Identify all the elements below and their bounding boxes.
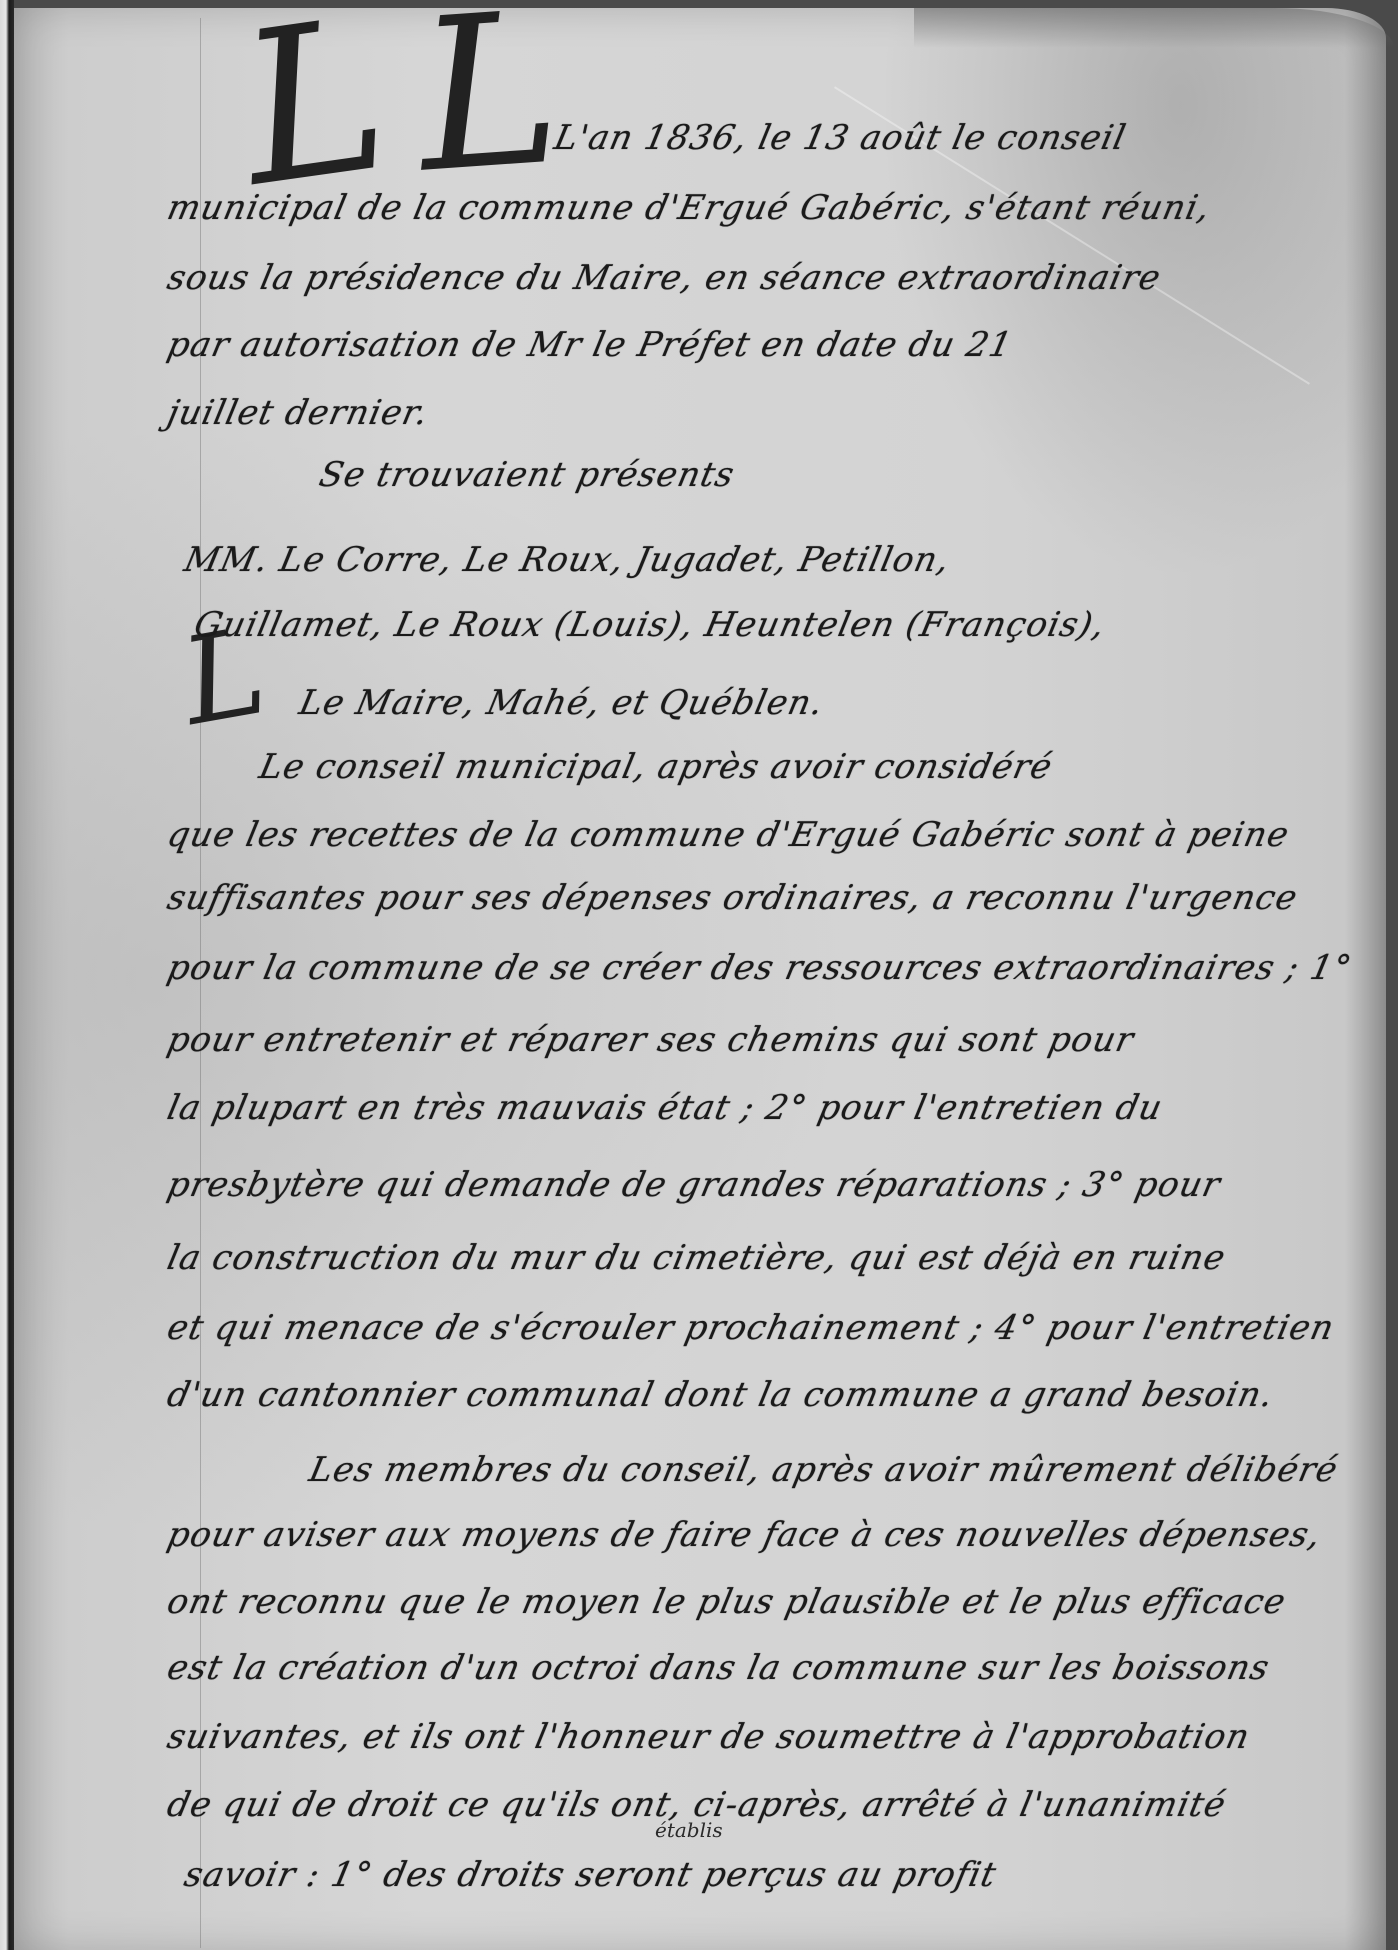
manuscript-line: la construction du mur du cimetière, qui…	[164, 1238, 1230, 1278]
manuscript-line: juillet dernier.	[164, 393, 433, 433]
manuscript-line: Les membres du conseil, après avoir mûre…	[306, 1450, 1342, 1490]
interlinear-insertion: établis	[655, 1818, 723, 1842]
manuscript-line: par autorisation de Mr le Préfet en date…	[164, 325, 1016, 365]
attendee-list-line: Le Maire, Mahé, et Québlen.	[296, 683, 828, 723]
manuscript-line: pour la commune de se créer des ressourc…	[164, 948, 1356, 988]
manuscript-page: L L L L'an 1836, le 13 août le conseil m…	[14, 8, 1386, 1950]
manuscript-line: suivantes, et ils ont l'honneur de soume…	[164, 1717, 1254, 1757]
attendee-list-line: Guillamet, Le Roux (Louis), Heuntelen (F…	[191, 605, 1109, 645]
manuscript-line: est la création d'un octroi dans la comm…	[164, 1648, 1274, 1688]
attendee-list-line: MM. Le Corre, Le Roux, Jugadet, Petillon…	[181, 540, 954, 580]
book-binding	[0, 0, 14, 1950]
manuscript-line: et qui menace de s'écrouler prochainemen…	[164, 1308, 1338, 1348]
manuscript-line: ont reconnu que le moyen le plus plausib…	[164, 1582, 1290, 1622]
manuscript-line: savoir : 1° des droits seront perçus au …	[181, 1855, 1001, 1895]
decorative-initial-flourish: L	[412, 0, 566, 203]
worn-top-edge	[914, 8, 1394, 48]
manuscript-line: sous la présidence du Maire, en séance e…	[164, 258, 1165, 298]
manuscript-line: Le conseil municipal, après avoir consid…	[256, 747, 1056, 787]
manuscript-line: suffisantes pour ses dépenses ordinaires…	[164, 878, 1302, 918]
manuscript-line: municipal de la commune d'Ergué Gabéric,…	[164, 188, 1214, 228]
manuscript-line: d'un cantonnier communal dont la commune…	[164, 1375, 1278, 1415]
manuscript-line: pour aviser aux moyens de faire face à c…	[164, 1515, 1325, 1555]
manuscript-line: la plupart en très mauvais état ; 2° pou…	[164, 1088, 1167, 1128]
attendance-heading: Se trouvaient présents	[316, 455, 739, 495]
decorative-initial-flourish: L	[230, 0, 397, 217]
manuscript-line: pour entretenir et réparer ses chemins q…	[164, 1020, 1138, 1060]
manuscript-line: L'an 1836, le 13 août le conseil	[551, 118, 1130, 158]
manuscript-line: que les recettes de la commune d'Ergué G…	[164, 815, 1293, 855]
manuscript-line: presbytère qui demande de grandes répara…	[164, 1165, 1225, 1205]
